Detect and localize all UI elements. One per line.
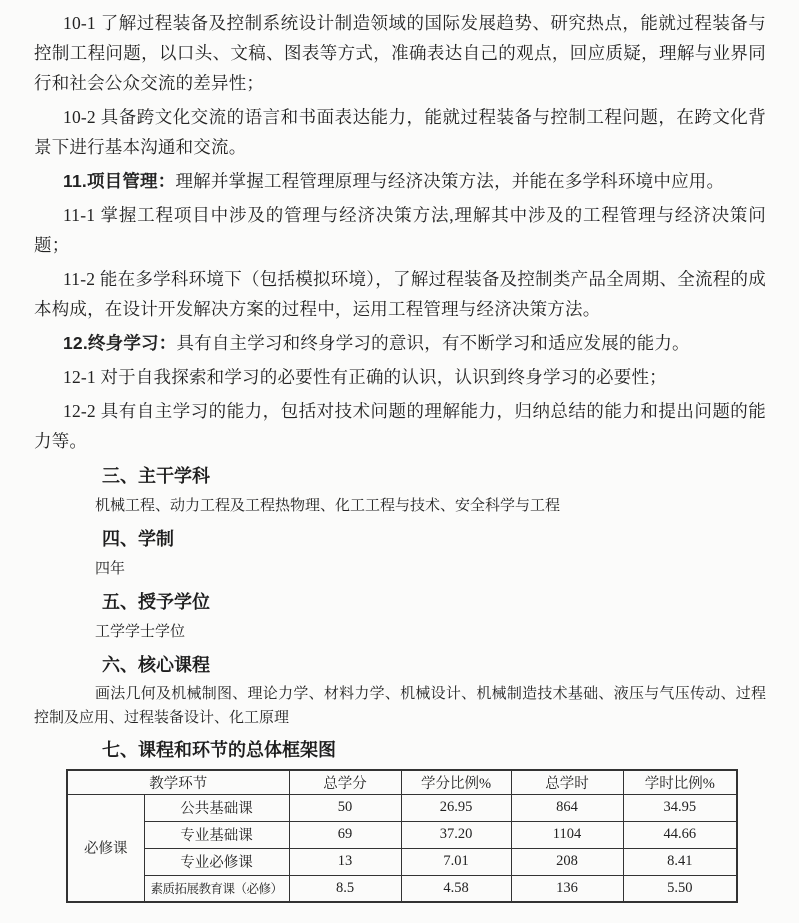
section-body-duration: 四年 [34, 556, 766, 582]
paragraph-12-lifelong-learning: 12.终身学习：具有自主学习和终身学习的意识，有不断学习和适应发展的能力。 [34, 328, 766, 358]
paragraph-text: 10-1 了解过程装备及控制系统设计制造领域的国际发展趋势、研究热点，能就过程装… [34, 13, 766, 93]
paragraph-11-project-management: 11.项目管理：理解并掌握工程管理原理与经济决策方法，并能在多学科环境中应用。 [34, 166, 766, 196]
category-cell: 素质拓展教育课（必修） [144, 875, 289, 902]
paragraph-11-2: 11-2 能在多学科环境下（包括模拟环境），了解过程装备及控制类产品全周期、全流… [34, 264, 766, 324]
document-page: 10-1 了解过程装备及控制系统设计制造领域的国际发展趋势、研究热点，能就过程装… [0, 0, 799, 923]
credits-cell: 50 [289, 794, 401, 821]
credits-cell: 69 [289, 821, 401, 848]
category-cell: 专业必修课 [144, 848, 289, 875]
hours-cell: 864 [511, 794, 623, 821]
section-heading-framework: 七、课程和环节的总体框架图 [34, 737, 766, 763]
hour-percent-cell: 44.66 [623, 821, 737, 848]
paragraph-text: 12-1 对于自我探索和学习的必要性有正确的认识，认识到终身学习的必要性； [63, 367, 667, 387]
paragraph-text: 理解并掌握工程管理原理与经济决策方法，并能在多学科环境中应用。 [175, 171, 724, 191]
section-heading-main-disciplines: 三、主干学科 [34, 463, 766, 489]
paragraph-12-1: 12-1 对于自我探索和学习的必要性有正确的认识，认识到终身学习的必要性； [34, 362, 766, 392]
header-cell-total-hours: 总学时 [511, 770, 623, 794]
table-header-row: 教学环节 总学分 学分比例% 总学时 学时比例% [67, 770, 737, 794]
table-row: 专业基础课 69 37.20 1104 44.66 [67, 821, 737, 848]
hours-cell: 1104 [511, 821, 623, 848]
section-body-main-disciplines: 机械工程、动力工程及工程热物理、化工工程与技术、安全科学与工程 [34, 493, 766, 519]
curriculum-framework-table: 教学环节 总学分 学分比例% 总学时 学时比例% 必修课 公共基础课 50 26… [66, 769, 738, 903]
category-cell: 专业基础课 [144, 821, 289, 848]
section-heading-degree: 五、授予学位 [34, 589, 766, 615]
section-heading-core-courses: 六、核心课程 [34, 652, 766, 678]
hour-percent-cell: 34.95 [623, 794, 737, 821]
paragraph-11-1: 11-1 掌握工程项目中涉及的管理与经济决策方法,理解其中涉及的工程管理与经济决… [34, 200, 766, 260]
paragraph-bold-lead: 12.终身学习： [63, 333, 176, 353]
paragraph-text: 10-2 具备跨文化交流的语言和书面表达能力，能就过程装备与控制工程问题，在跨文… [34, 107, 766, 157]
paragraph-text: 12-2 具有自主学习的能力，包括对技术问题的理解能力，归纳总结的能力和提出问题… [34, 401, 766, 451]
paragraph-text: 11-2 能在多学科环境下（包括模拟环境），了解过程装备及控制类产品全周期、全流… [34, 269, 766, 319]
paragraph-bold-lead: 11.项目管理： [63, 171, 175, 191]
credit-percent-cell: 4.58 [401, 875, 511, 902]
header-cell-credit-percent: 学分比例% [401, 770, 511, 794]
section-body-core-courses: 画法几何及机械制图、理论力学、材料力学、机械设计、机械制造技术基础、液压与气压传… [34, 682, 766, 730]
header-cell-hour-percent: 学时比例% [623, 770, 737, 794]
table-row: 素质拓展教育课（必修） 8.5 4.58 136 5.50 [67, 875, 737, 902]
hour-percent-cell: 5.50 [623, 875, 737, 902]
hours-cell: 136 [511, 875, 623, 902]
header-cell-total-credits: 总学分 [289, 770, 401, 794]
credits-cell: 13 [289, 848, 401, 875]
paragraph-10-1: 10-1 了解过程装备及控制系统设计制造领域的国际发展趋势、研究热点，能就过程装… [34, 8, 766, 98]
hours-cell: 208 [511, 848, 623, 875]
group-label-cell-required-courses: 必修课 [67, 794, 144, 902]
credit-percent-cell: 37.20 [401, 821, 511, 848]
paragraph-12-2: 12-2 具有自主学习的能力，包括对技术问题的理解能力，归纳总结的能力和提出问题… [34, 396, 766, 456]
credits-cell: 8.5 [289, 875, 401, 902]
credit-percent-cell: 7.01 [401, 848, 511, 875]
table-row: 必修课 公共基础课 50 26.95 864 34.95 [67, 794, 737, 821]
section-heading-duration: 四、学制 [34, 526, 766, 552]
header-cell-teaching-segment: 教学环节 [67, 770, 289, 794]
credit-percent-cell: 26.95 [401, 794, 511, 821]
paragraph-text: 11-1 掌握工程项目中涉及的管理与经济决策方法,理解其中涉及的工程管理与经济决… [34, 205, 766, 255]
section-body-degree: 工学学士学位 [34, 619, 766, 645]
paragraph-text: 具有自主学习和终身学习的意识，有不断学习和适应发展的能力。 [176, 333, 689, 353]
hour-percent-cell: 8.41 [623, 848, 737, 875]
category-cell: 公共基础课 [144, 794, 289, 821]
table-row: 专业必修课 13 7.01 208 8.41 [67, 848, 737, 875]
paragraph-10-2: 10-2 具备跨文化交流的语言和书面表达能力，能就过程装备与控制工程问题，在跨文… [34, 102, 766, 162]
